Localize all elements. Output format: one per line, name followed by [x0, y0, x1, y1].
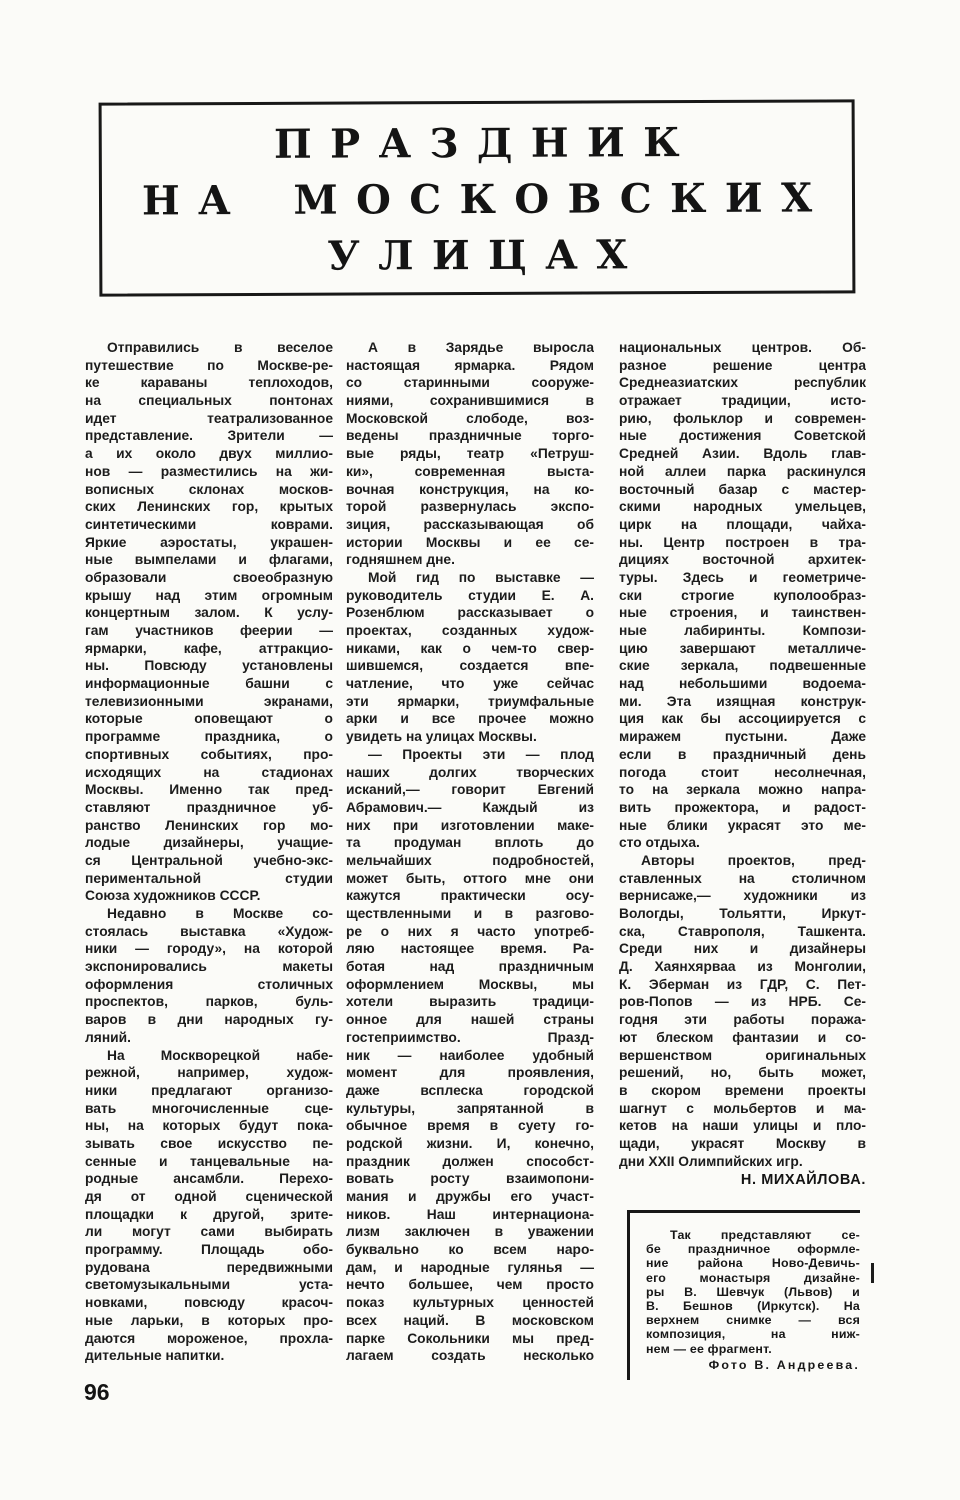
text-line: ные лабиринты. Компози-	[619, 622, 866, 640]
text-line: кетов на наши улицы и пло-	[619, 1117, 866, 1135]
photo-caption-text: Так представляют се-бе праздничное оформ…	[646, 1228, 860, 1356]
page-number: 96	[84, 1379, 110, 1405]
text-line: миражем пустыни. Даже	[619, 728, 866, 746]
text-line: ры В. Шевчук (Львов) и	[646, 1285, 860, 1299]
text-line: новками, повсюду красоч-	[85, 1294, 333, 1312]
text-line: На Москворецкой набе-	[85, 1047, 333, 1065]
text-line: даются мороженое, прохла-	[85, 1330, 333, 1348]
text-line: онное для нашей страны	[346, 1011, 594, 1029]
text-line: скими народных умельцев,	[619, 498, 866, 516]
text-line: ров-Попов — из НРБ. Се-	[619, 993, 866, 1011]
text-line: буквально ко всем наро-	[346, 1241, 594, 1259]
text-line: ведены праздничные торго-	[346, 427, 594, 445]
text-line: ска, Ставрополя, Ташкента.	[619, 923, 866, 941]
text-line: ние района Ново-Девичь-	[646, 1256, 860, 1270]
text-line: увидеть на улицах Москвы.	[346, 728, 594, 746]
text-line: туры. Здесь и геометриче-	[619, 569, 866, 587]
article-column-3-text: национальных центров. Об-разное решение …	[619, 339, 866, 1170]
text-line: Среди них и дизайнеры	[619, 940, 866, 958]
text-line: может быть, оттого мне они	[346, 870, 594, 888]
text-line: ник — наиболее удобный	[346, 1047, 594, 1065]
article-title-line-2: НА МОСКОВСКИХ	[102, 170, 852, 229]
text-line: щади, украсят Москву в	[619, 1135, 866, 1153]
text-line: Так представляют се-	[646, 1228, 860, 1242]
text-line: момент для проявления,	[346, 1064, 594, 1082]
text-line: вые ряды, театр «Петруш-	[346, 445, 594, 463]
text-line: праздник должен способст-	[346, 1153, 594, 1171]
text-line: периментальной студии	[85, 870, 333, 888]
text-line: — Проекты эти — плод	[346, 746, 594, 764]
text-line: на специальных понтонах	[85, 392, 333, 410]
magazine-page: ПРАЗДНИК НА МОСКОВСКИХ УЛИЦАХ Отправилис…	[0, 0, 960, 1500]
text-line: Яркие аэростаты, украшен-	[85, 534, 333, 552]
text-line: мания и дружбы его участ-	[346, 1188, 594, 1206]
text-line: руководитель студии Е. А.	[346, 587, 594, 605]
text-line: Авторы проектов, пред-	[619, 852, 866, 870]
text-line: ставленных на столичном	[619, 870, 866, 888]
text-line: проспектов, парков, буль-	[85, 993, 333, 1011]
text-line: экспонировались макеты	[85, 958, 333, 976]
text-line: ски строгие куполообраз-	[619, 587, 866, 605]
text-line: образовали своеобразную	[85, 569, 333, 587]
article-title-line-1: ПРАЗДНИК	[102, 114, 852, 173]
photo-credit: Фото В. Андреева.	[646, 1358, 860, 1372]
text-line: разное решение центра	[619, 357, 866, 375]
text-line: синтетическими коврами.	[85, 516, 333, 534]
text-line: мельчайших подробностей,	[346, 852, 594, 870]
text-line: настоящая ярмарка. Рядом	[346, 357, 594, 375]
text-line: которые оповещают о	[85, 710, 333, 728]
text-line: оформлением Москвы, мы	[346, 976, 594, 994]
text-line: Отправились в веселое	[85, 339, 333, 357]
text-line: Средней Азии. Вдоль глав-	[619, 445, 866, 463]
text-line: вовать росту взаимопони-	[346, 1170, 594, 1188]
text-line: ники предлагают организо-	[85, 1082, 333, 1100]
text-line: ют блеском фантазии и со-	[619, 1029, 866, 1047]
text-line: ли могут сами выбирать	[85, 1223, 333, 1241]
text-line: ранство Ленинских гор мо-	[85, 817, 333, 835]
text-line: Мой гид по выставке —	[346, 569, 594, 587]
text-line: чатление, что уже сейчас	[346, 675, 594, 693]
text-line: со старинными сооруже-	[346, 374, 594, 392]
text-line: ставляют праздничное уб-	[85, 799, 333, 817]
text-line: композиция, на ниж-	[646, 1327, 860, 1341]
text-line: никами, как о чем-то свер-	[346, 640, 594, 658]
text-line: шагнут с мольбертов и ма-	[619, 1100, 866, 1118]
text-line: ные строения, и таинствен-	[619, 604, 866, 622]
text-line: ботая над праздничным	[346, 958, 594, 976]
text-line: спортивных событиях, про-	[85, 746, 333, 764]
text-line: варов в дни народных гу-	[85, 1011, 333, 1029]
text-line: дя от одной сценической	[85, 1188, 333, 1206]
text-line: вать многочисленные сце-	[85, 1100, 333, 1118]
text-line: информационные башни с	[85, 675, 333, 693]
text-line: ские зеркала, подвешенные	[619, 657, 866, 675]
text-line: ны. Повсюду установлены	[85, 657, 333, 675]
article-title-line-3: УЛИЦАХ	[102, 226, 852, 285]
text-line: гам участников феерии —	[85, 622, 333, 640]
text-line: лизм заключен в уважении	[346, 1223, 594, 1241]
text-line: А в Зарядье выросла	[346, 339, 594, 357]
text-line: восточный базар с мастер-	[619, 481, 866, 499]
article-column-1: Отправились в веселоепутешествие по Моск…	[85, 339, 333, 1365]
text-line: показ культурных ценностей	[346, 1294, 594, 1312]
text-line: ники — городу», на которой	[85, 940, 333, 958]
text-line: дам, и народные гулянья —	[346, 1259, 594, 1277]
text-line: кажутся практически осу-	[346, 887, 594, 905]
byline: Н. МИХАЙЛОВА.	[619, 1171, 866, 1189]
text-line: дительные напитки.	[85, 1347, 333, 1365]
text-line: наших долгих творческих	[346, 764, 594, 782]
text-line: исходящих на стадионах	[85, 764, 333, 782]
text-line: его монастыря дизайне-	[646, 1271, 860, 1285]
text-line: ляний.	[85, 1029, 333, 1047]
text-line: шившемся, создается впе-	[346, 657, 594, 675]
text-line: погода стоит несолнечная,	[619, 764, 866, 782]
text-line: идет театрализованное	[85, 410, 333, 428]
text-line: в скором времени проекты	[619, 1082, 866, 1100]
text-line: крышу над этим огромным	[85, 587, 333, 605]
text-line: родные ансамбли. Перехо-	[85, 1170, 333, 1188]
text-line: эти ярмарки, триумфальные	[346, 693, 594, 711]
text-line: цирк на площади, чайха-	[619, 516, 866, 534]
text-line: ниями, сохранившимися в	[346, 392, 594, 410]
text-line: ки», современная выста-	[346, 463, 594, 481]
text-line: ны, на которых будут пока-	[85, 1117, 333, 1135]
text-line: культуры, запрятанной в	[346, 1100, 594, 1118]
text-line: зывать свое искусство пе-	[85, 1135, 333, 1153]
text-line: цию завершают металличе-	[619, 640, 866, 658]
article-title-box: ПРАЗДНИК НА МОСКОВСКИХ УЛИЦАХ	[99, 99, 856, 296]
text-line: дициях восточной архитек-	[619, 551, 866, 569]
text-line: рию, фольклор и современ-	[619, 410, 866, 428]
text-line: родской жизни. И, конечно,	[346, 1135, 594, 1153]
text-line: всех наций. В московском	[346, 1312, 594, 1330]
text-line: Союза художников СССР.	[85, 887, 333, 905]
text-line: Д. Хаянхярваа из Монголии,	[619, 958, 866, 976]
text-line: Московской слободе, воз-	[346, 410, 594, 428]
text-line: вить прожектора, и радост-	[619, 799, 866, 817]
text-line: Розенблюм рассказывает о	[346, 604, 594, 622]
text-line: хотели выразить традици-	[346, 993, 594, 1011]
text-line: зиция, рассказывающая об	[346, 516, 594, 534]
text-line: ских Ленинских гор, крытых	[85, 498, 333, 516]
text-line: нов — разместились на жи-	[85, 463, 333, 481]
text-line: путешествие по Москве-ре-	[85, 357, 333, 375]
text-line: лодые дизайнеры, учащие-	[85, 834, 333, 852]
text-line: дни XXII Олимпийских игр.	[619, 1153, 866, 1171]
text-line: стоялась выставка «Худож-	[85, 923, 333, 941]
text-line: ляю настоящее время. Ра-	[346, 940, 594, 958]
text-line: ре о них я часто употреб-	[346, 923, 594, 941]
text-line: нечто большее, чем просто	[346, 1276, 594, 1294]
text-line: верхнем снимке — вся	[646, 1313, 860, 1327]
text-line: ке караваны теплоходов,	[85, 374, 333, 392]
text-line: нем — ее фрагмент.	[646, 1342, 860, 1356]
text-line: ция как бы ассоциируется с	[619, 710, 866, 728]
text-line: Вологды, Тольятти, Иркут-	[619, 905, 866, 923]
text-line: представление. Зрители —	[85, 427, 333, 445]
photo-caption-box: Так представляют се-бе праздничное оформ…	[627, 1210, 860, 1380]
text-line: В. Бешнов (Иркутск). На	[646, 1299, 860, 1313]
text-line: истории Москвы и ее се-	[346, 534, 594, 552]
text-line: ми. Эта изящная конструк-	[619, 693, 866, 711]
article-column-2: А в Зарядье выросланастоящая ярмарка. Ря…	[346, 339, 594, 1365]
text-line: даже всплеска городской	[346, 1082, 594, 1100]
text-line: концертным залом. К услу-	[85, 604, 333, 622]
text-line: проектах, созданных худож-	[346, 622, 594, 640]
text-line: светомузыкальными уста-	[85, 1276, 333, 1294]
text-line: исканий,— говорит Евгений	[346, 781, 594, 799]
text-line: лагаем создать несколько	[346, 1347, 594, 1365]
text-line: Москвы. Именно так пред-	[85, 781, 333, 799]
text-line: отражает традиции, исто-	[619, 392, 866, 410]
text-line: над небольшими водоема-	[619, 675, 866, 693]
text-line: ные ларьки, в которых про-	[85, 1312, 333, 1330]
text-line: ников. Наш интернациона-	[346, 1206, 594, 1224]
text-line: Среднеазиатских республик	[619, 374, 866, 392]
text-line: сто отдыха.	[619, 834, 866, 852]
text-line: гостеприимство. Празд-	[346, 1029, 594, 1047]
article-column-3: национальных центров. Об-разное решение …	[619, 339, 866, 1189]
text-line: ные вымпелами и флагами,	[85, 551, 333, 569]
text-line: если в праздничный день	[619, 746, 866, 764]
text-line: годняшнем дне.	[346, 551, 594, 569]
text-line: Абрамович.— Каждый из	[346, 799, 594, 817]
text-line: то на зеркала можно напра-	[619, 781, 866, 799]
text-line: ной аллеи парка раскинулся	[619, 463, 866, 481]
text-line: программе праздника, о	[85, 728, 333, 746]
text-line: К. Эберман из ГДР, С. Пет-	[619, 976, 866, 994]
text-line: Недавно в Москве со-	[85, 905, 333, 923]
text-line: вописных склонах москов-	[85, 481, 333, 499]
text-line: ные достижения Советской	[619, 427, 866, 445]
text-line: вернисаже,— художники из	[619, 887, 866, 905]
text-line: рудована передвижными	[85, 1259, 333, 1277]
text-line: режной, например, худож-	[85, 1064, 333, 1082]
text-line: сенные и танцевальные на-	[85, 1153, 333, 1171]
text-line: арки и все прочее можно	[346, 710, 594, 728]
text-line: парке Сокольники мы пред-	[346, 1330, 594, 1348]
text-line: ные блики украсят это ме-	[619, 817, 866, 835]
text-line: решений, но, быть может,	[619, 1064, 866, 1082]
text-line: бе праздничное оформле-	[646, 1242, 860, 1256]
text-line: телевизионными экранами,	[85, 693, 333, 711]
text-line: вочная конструкция, на ко-	[346, 481, 594, 499]
text-line: обычное время в суету го-	[346, 1117, 594, 1135]
text-line: та продуман вплоть до	[346, 834, 594, 852]
text-line: оформления столичных	[85, 976, 333, 994]
text-line: ярмарки, кафе, аттракцио-	[85, 640, 333, 658]
text-line: национальных центров. Об-	[619, 339, 866, 357]
text-line: годня эти работы поража-	[619, 1011, 866, 1029]
text-line: а их около двух миллио-	[85, 445, 333, 463]
text-line: ся Центральной учебно-экс-	[85, 852, 333, 870]
scan-artifact-mark	[871, 1263, 874, 1283]
text-line: вершенством оригинальных	[619, 1047, 866, 1065]
text-line: торой развернулась экспо-	[346, 498, 594, 516]
text-line: программу. Площадь обо-	[85, 1241, 333, 1259]
text-line: ны. Центр построен в тра-	[619, 534, 866, 552]
text-line: площадки к другой, зрите-	[85, 1206, 333, 1224]
text-line: них при изготовлении маке-	[346, 817, 594, 835]
text-line: ществленными и в разгово-	[346, 905, 594, 923]
